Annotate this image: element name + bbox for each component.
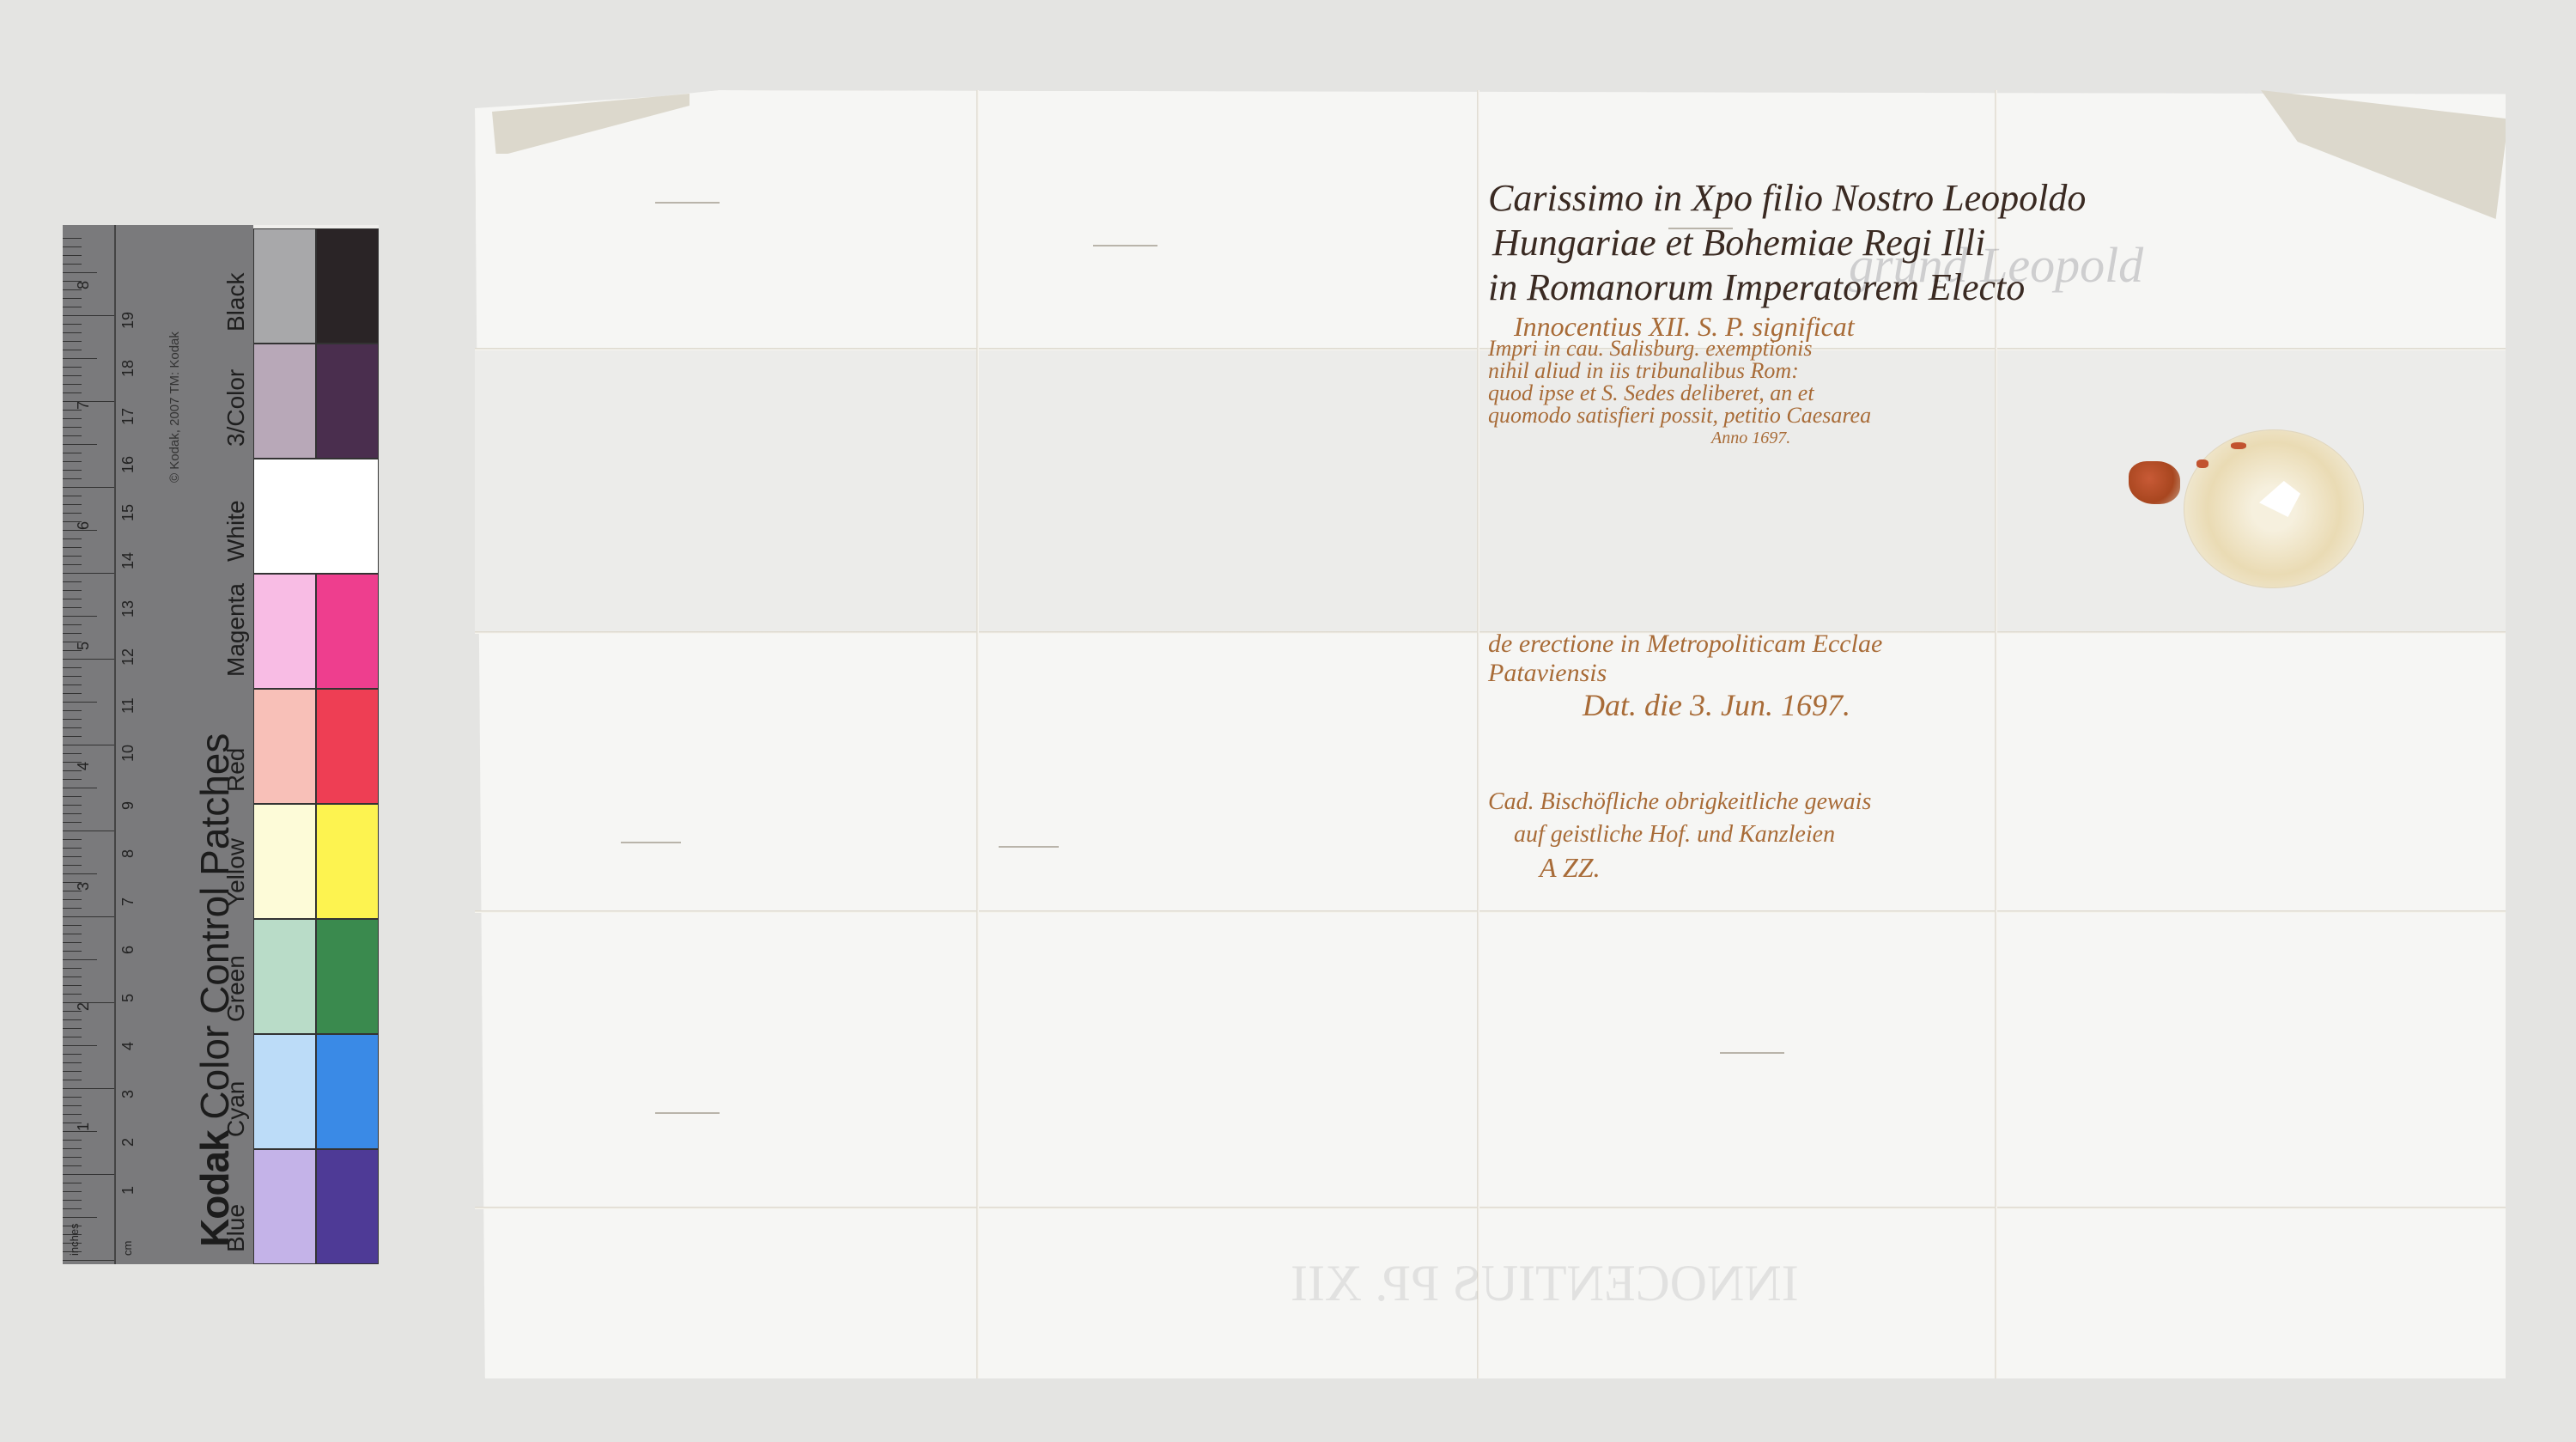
date-line: Dat. die 3. Jun. 1697. <box>1583 687 1850 723</box>
inch-mark: 3 <box>75 882 93 891</box>
ruler-tick <box>63 805 82 806</box>
ruler-tick <box>63 581 82 582</box>
fold-line-horizontal-3 <box>475 910 2506 913</box>
ruler-tick <box>63 315 114 316</box>
ruler-tick <box>63 289 82 290</box>
ruler-tick <box>63 942 82 943</box>
patch-light-red <box>253 689 316 804</box>
ruler-tick <box>63 1054 82 1055</box>
cm-mark: 6 <box>119 946 137 954</box>
patch-dark-green <box>316 919 379 1034</box>
cm-mark: 14 <box>119 552 137 569</box>
wax-spot <box>2231 442 2246 449</box>
inch-mark: 6 <box>75 521 93 530</box>
inch-mark: 2 <box>75 1002 93 1011</box>
ruler-tick <box>63 968 82 969</box>
ruler-tick <box>63 633 82 634</box>
ruler-tick <box>63 770 82 771</box>
ruler-tick <box>63 891 82 891</box>
folded-letter: grund Leopold INNOCENTIUS PP. XII Cariss… <box>475 90 2506 1378</box>
patch-label-green: Green <box>222 955 250 1022</box>
ruler-tick <box>63 959 97 960</box>
cm-mark: 4 <box>119 1042 137 1050</box>
subject-line: Pataviensis <box>1488 659 1882 688</box>
cm-mark: 11 <box>119 697 137 714</box>
ruler-tick <box>63 1208 82 1209</box>
address-block: Carissimo in Xpo filio Nostro Leopoldo H… <box>1488 176 2086 310</box>
ruler-tick <box>63 332 82 333</box>
ruler-tick <box>63 1191 82 1192</box>
patch-light-cyan <box>253 1034 316 1149</box>
cm-mark: 17 <box>119 408 137 425</box>
ruler-tick <box>63 453 82 453</box>
slit-mark <box>1093 245 1157 246</box>
ruler-tick <box>63 255 82 256</box>
ruler-tick <box>63 358 97 359</box>
color-calibration-target: inches cm 12345678 123456789101112131415… <box>63 225 379 1264</box>
ruler-tick <box>63 384 82 385</box>
ruler-tick <box>63 1157 82 1158</box>
cm-mark: 5 <box>119 994 137 1002</box>
endorsement-line: quod ipse et S. Sedes deliberet, an et <box>1488 382 1871 405</box>
wax-spot <box>2196 459 2208 468</box>
ruler-tick <box>63 856 82 857</box>
ruler-tick <box>63 1260 114 1261</box>
ruler-tick <box>63 667 82 668</box>
patch-label-yellow: Yellow <box>222 838 250 907</box>
ruler-tick <box>63 977 82 977</box>
ruler-tick <box>63 487 114 488</box>
patch-label-red: Red <box>222 748 250 792</box>
ruler-tick <box>63 418 82 419</box>
cm-mark: 18 <box>119 360 137 377</box>
ruler-tick <box>63 710 82 711</box>
patch-white <box>253 459 379 574</box>
inch-mark: 7 <box>75 401 93 410</box>
ruler-tick <box>63 538 82 539</box>
patch-light-green <box>253 919 316 1034</box>
ruler-tick <box>63 375 82 376</box>
ruler-tick <box>63 350 82 350</box>
ruler-tick <box>63 702 97 703</box>
archive-signature: A ZZ. <box>1488 851 1871 884</box>
cm-mark: 7 <box>119 897 137 906</box>
copyright-notice: © Kodak, 2007 TM: Kodak <box>167 332 182 483</box>
ruler-tick <box>63 727 82 728</box>
ruler-tick <box>63 1088 114 1089</box>
ruler-tick <box>63 461 82 462</box>
slit-mark <box>1720 1052 1784 1054</box>
ruler-tick <box>63 478 82 479</box>
ruler-tick <box>63 496 82 496</box>
patch-dark-blue <box>316 1149 379 1264</box>
ruler-tick <box>63 1174 114 1175</box>
ruler-tick <box>63 1037 82 1037</box>
ruler-tick <box>63 410 82 411</box>
patch-dark-red <box>316 689 379 804</box>
ruler-tick <box>63 556 82 557</box>
ruler-tick <box>63 796 82 797</box>
archive-note-line: auf geistliche Hof. und Kanzleien <box>1488 818 1871 851</box>
subject-line: de erectione in Metropoliticam Ecclae <box>1488 630 1882 659</box>
ruler-tick <box>63 839 82 840</box>
patch-light-3-color <box>253 344 316 459</box>
ruler-tick <box>63 1165 82 1166</box>
slit-mark <box>655 202 720 204</box>
patch-dark-yellow <box>316 804 379 919</box>
cm-mark: 13 <box>119 600 137 618</box>
ruler-tick <box>63 1148 82 1149</box>
patch-label-3-color: 3/Color <box>222 369 250 447</box>
endorsement-line: Anno 1697. <box>1488 427 1871 449</box>
endorsement-line: quomodo satisfieri possit, petitio Caesa… <box>1488 405 1871 427</box>
subject-block: de erectione in Metropoliticam Ecclae Pa… <box>1488 630 1882 688</box>
ruler-tick <box>63 590 82 591</box>
ruler-tick <box>63 1105 82 1106</box>
ruler-tick <box>63 994 82 995</box>
ruler-tick <box>63 504 82 505</box>
archive-note: Cad. Bischöfliche obrigkeitliche gewais … <box>1488 786 1871 884</box>
inch-mark: 8 <box>75 281 93 289</box>
patch-dark-cyan <box>316 1034 379 1149</box>
ruler-tick <box>63 1019 82 1020</box>
patch-label-white: White <box>222 500 250 562</box>
endorsement-line: Innocentius XII. S. P. significat <box>1488 315 1871 338</box>
address-line: Hungariae et Bohemiae Regi Illi <box>1488 221 2086 265</box>
ruler-tick <box>63 659 114 660</box>
patch-label-cyan: Cyan <box>222 1081 250 1137</box>
ruler-tick <box>63 624 82 625</box>
ruler-tick <box>63 822 82 823</box>
patch-label-blue: Blue <box>222 1204 250 1252</box>
ruler-tick <box>63 1217 97 1218</box>
patch-light-black <box>253 228 316 344</box>
fold-line-vertical-2 <box>1477 90 1479 1378</box>
endorsement-line: nihil aliud in iis tribunalibus Rom: <box>1488 360 1871 382</box>
ruler-tick <box>63 788 97 788</box>
ruler-tick <box>63 813 82 814</box>
ruler-tick <box>63 831 114 831</box>
ruler-tick <box>63 1045 97 1046</box>
slit-mark <box>621 842 681 843</box>
cm-mark: 12 <box>119 648 137 666</box>
inch-mark: 1 <box>75 1123 93 1131</box>
ruler-tick <box>63 607 82 608</box>
ruler-ticks <box>63 225 116 1264</box>
ruler-tick <box>63 899 82 900</box>
slit-mark <box>655 1112 720 1114</box>
ruler-tick <box>63 470 82 471</box>
ruler-tick <box>63 779 82 780</box>
ruler-tick <box>63 1028 82 1029</box>
patch-label-magenta: Magenta <box>222 583 250 677</box>
ruler-tick <box>63 307 82 307</box>
cm-mark: 3 <box>119 1090 137 1098</box>
ruler-tick <box>63 873 97 874</box>
cm-mark: 9 <box>119 801 137 810</box>
ruler-tick <box>63 951 82 952</box>
ruler-tick <box>63 1080 82 1080</box>
patch-dark-black <box>316 228 379 344</box>
patch-dark-3-color <box>316 344 379 459</box>
cm-mark: 15 <box>119 504 137 521</box>
ruler-tick <box>63 298 82 299</box>
ruler-tick <box>63 341 82 342</box>
address-line: in Romanorum Imperatorem Electo <box>1488 265 2086 310</box>
ruler-tick <box>63 1114 82 1115</box>
ruler-tick <box>63 719 82 720</box>
ruler-tick <box>63 264 82 265</box>
cm-mark: 19 <box>119 312 137 329</box>
ruler-tick <box>63 1140 82 1141</box>
wax-seal-remnant <box>2129 461 2180 504</box>
cm-label: cm <box>121 1241 134 1256</box>
ruler-tick <box>63 564 82 565</box>
ruler-tick <box>63 1183 82 1183</box>
inches-label: inches <box>68 1223 81 1256</box>
ruler-tick <box>63 547 82 548</box>
ruler-tick <box>63 676 82 677</box>
archive-note-line: Cad. Bischöfliche obrigkeitliche gewais <box>1488 786 1871 818</box>
ruler-tick <box>63 753 82 754</box>
ruler-tick <box>63 693 82 694</box>
ruler-tick <box>63 925 82 926</box>
patch-light-yellow <box>253 804 316 919</box>
ruler-tick <box>63 916 114 917</box>
cm-mark: 2 <box>119 1138 137 1147</box>
ruler-tick <box>63 1131 97 1132</box>
patch-light-magenta <box>253 574 316 689</box>
fold-line-vertical-1 <box>976 90 979 1378</box>
ruler-tick <box>63 427 82 428</box>
ruler-tick <box>63 1062 82 1063</box>
ruler-tick <box>63 684 82 685</box>
cm-mark: 16 <box>119 456 137 473</box>
ruler-tick <box>63 444 97 445</box>
cm-mark: 1 <box>119 1186 137 1195</box>
ruler-tick <box>63 1097 82 1098</box>
slit-mark <box>999 846 1059 848</box>
cm-mark: 8 <box>119 849 137 858</box>
inch-mark: 5 <box>75 642 93 650</box>
ruler-tick <box>63 848 82 849</box>
ruler-tick <box>63 985 82 986</box>
ruler-tick <box>63 908 82 909</box>
ruler-tick <box>63 1200 82 1201</box>
ruler-tick <box>63 745 114 745</box>
ruler-tick <box>63 865 82 866</box>
patch-dark-magenta <box>316 574 379 689</box>
ruler-tick <box>63 272 97 273</box>
ruler-tick <box>63 573 114 574</box>
ruler-tick <box>63 736 82 737</box>
patch-light-blue <box>253 1149 316 1264</box>
inch-mark: 4 <box>75 762 93 770</box>
ruler-tick <box>63 513 82 514</box>
ruler-tick <box>63 599 82 599</box>
address-line: Carissimo in Xpo filio Nostro Leopoldo <box>1488 176 2086 221</box>
ruler-tick <box>63 238 82 239</box>
ruler-tick <box>63 324 82 325</box>
ruler-tick <box>63 392 82 393</box>
ruler-tick <box>63 616 97 617</box>
ruler-tick <box>63 367 82 368</box>
ruler-tick <box>63 530 97 531</box>
endorsement-block: Innocentius XII. S. P. significat Impri … <box>1488 315 1871 449</box>
bleed-through-heading: INNOCENTIUS PP. XII <box>1291 1254 1799 1313</box>
cm-mark: 10 <box>119 745 137 762</box>
ruler-tick <box>63 1071 82 1072</box>
ruler-tick <box>63 435 82 436</box>
ruler-tick <box>63 246 82 247</box>
patch-label-black: Black <box>222 273 250 332</box>
ruler-tick <box>63 1011 82 1012</box>
ruler-tick <box>63 934 82 934</box>
fold-line-horizontal-4 <box>475 1207 2506 1209</box>
ruler-tick <box>63 650 82 651</box>
